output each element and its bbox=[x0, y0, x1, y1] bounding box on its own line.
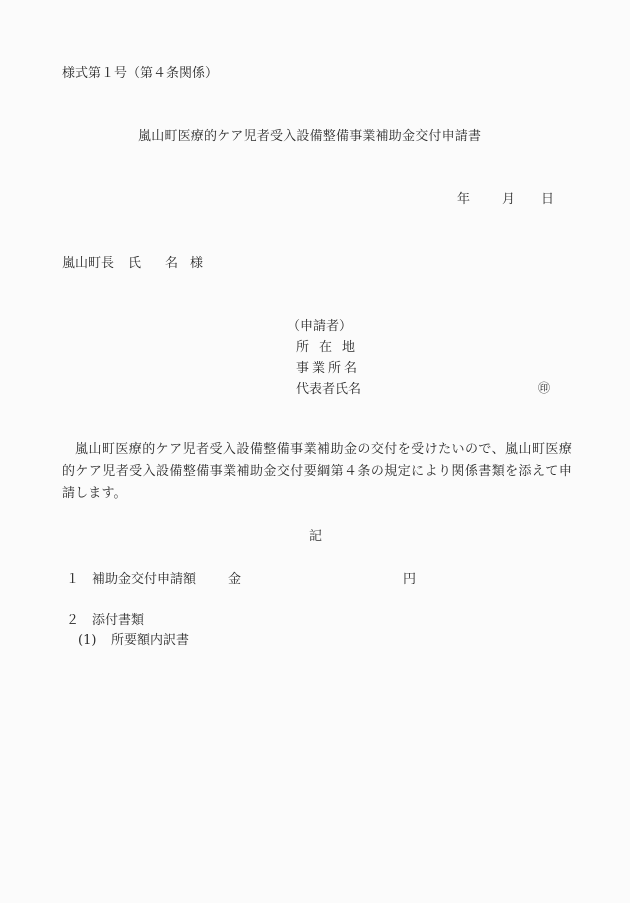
applicant-representative-label: 代表者氏名 bbox=[296, 383, 361, 396]
item-1-label: 補助金交付申請額 bbox=[92, 573, 196, 586]
date-day-label: 日 bbox=[541, 193, 554, 206]
addressee-name-part1: 氏 bbox=[128, 257, 141, 270]
item-2-subitem-1-label: 所要額内訳書 bbox=[111, 634, 189, 647]
applicant-address-label: 所在地 bbox=[296, 341, 365, 354]
applicant-heading: （申請者） bbox=[287, 320, 352, 333]
addressee: 嵐山町長氏名様 bbox=[62, 257, 203, 270]
date-year-label: 年 bbox=[457, 193, 470, 206]
applicant-office-name-label: 事業所名 bbox=[296, 362, 360, 375]
item-1-amount-prefix: 金 bbox=[228, 573, 241, 586]
document-title: 嵐山町医療的ケア児者受入設備整備事業補助金交付申請書 bbox=[138, 130, 481, 143]
date-month-label: 月 bbox=[502, 193, 515, 206]
seal-icon: ㊞ bbox=[538, 382, 550, 394]
ki-note-heading: 記 bbox=[309, 530, 322, 543]
addressee-name-part2: 名 bbox=[165, 257, 178, 270]
item-2-number: ２ bbox=[66, 614, 79, 627]
item-1-number: １ bbox=[66, 573, 79, 586]
item-2-subitem-1-number: (1) bbox=[78, 634, 96, 647]
item-1-amount-suffix: 円 bbox=[403, 573, 416, 586]
body-paragraph: 嵐山町医療的ケア児者受入設備整備事業補助金の交付を受けたいので、嵐山町医療的ケア… bbox=[62, 439, 572, 505]
item-2-label: 添付書類 bbox=[92, 614, 144, 627]
addressee-town-mayor: 嵐山町長 bbox=[62, 257, 114, 270]
form-number: 様式第１号（第４条関係） bbox=[62, 67, 218, 80]
addressee-honorific: 様 bbox=[190, 257, 203, 270]
